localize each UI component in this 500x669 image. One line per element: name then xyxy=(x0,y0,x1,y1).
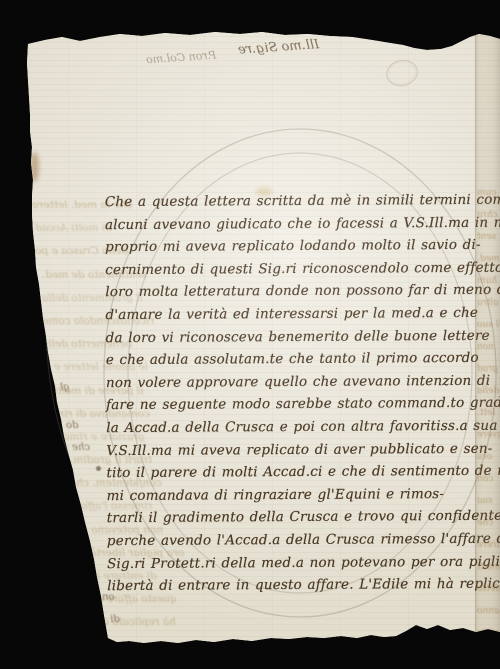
photo-backdrop: che la med. letteradi molti Accad.della … xyxy=(0,0,500,669)
torn-edge-shading xyxy=(0,0,500,669)
showthrough-spot: ra xyxy=(0,0,11,11)
paper-sheet: che la med. letteradi molti Accad.della … xyxy=(0,0,500,669)
folio-number: 608 xyxy=(420,37,445,48)
